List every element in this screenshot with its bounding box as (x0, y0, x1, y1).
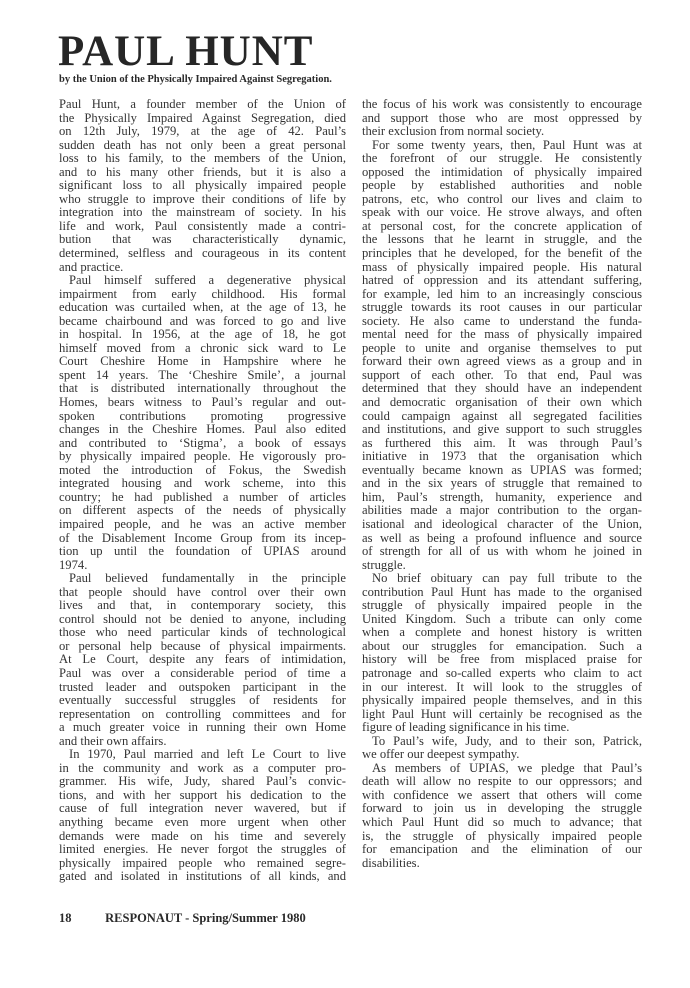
text-line: and in the six years of struggle that re… (362, 477, 642, 491)
text-line: the forefront of our struggle. He consis… (362, 152, 642, 166)
text-line: integration into the mainstream of socie… (59, 206, 346, 220)
text-line: integrated housing and work scheme, into… (59, 477, 346, 491)
text-line: at personal cost, for the concrete appli… (362, 220, 642, 234)
text-line: about our struggles for emancipation. Su… (362, 640, 642, 654)
text-line: Paul himself suffered a degenerative phy… (59, 274, 346, 288)
text-line: history will be free from misplaced prai… (362, 653, 642, 667)
text-line: forward their own agreed views as a grou… (362, 355, 642, 369)
text-line: contribution Paul Hunt has made to the o… (362, 586, 642, 600)
text-line: education was curtailed when, at the age… (59, 301, 346, 315)
text-line: sudden death has not only been a great p… (59, 139, 346, 153)
text-line: a much greater voice in running their ow… (59, 721, 346, 735)
text-line: and contributed to ‘Stigma’, a book of e… (59, 437, 346, 451)
text-line: we offer our deepest sympathy. (362, 748, 642, 762)
text-line: him, Paul’s strength, humanity, experien… (362, 491, 642, 505)
text-line: opposed the intimidation of physically i… (362, 166, 642, 180)
text-line: the Physically Impaired Against Segregat… (59, 112, 346, 126)
text-line: and practice. (59, 261, 346, 275)
text-line: became chairbound and was forced to go a… (59, 315, 346, 329)
text-line: when a complete and honest history is wr… (362, 626, 642, 640)
text-line: significant loss to all physically impai… (59, 179, 346, 193)
text-line: Homes, bears witness to Paul’s regular a… (59, 396, 346, 410)
text-line: hatred of oppression and its attendant s… (362, 274, 642, 288)
text-line: isational and ideological character of t… (362, 518, 642, 532)
text-line: eventually became known as UPIAS was for… (362, 464, 642, 478)
text-line: forward to join us in developing the str… (362, 802, 642, 816)
text-line: mass of physically impaired people. His … (362, 261, 642, 275)
text-line: control should not be denied to anyone, … (59, 613, 346, 627)
text-line: grammer. His wife, Judy, shared Paul’s c… (59, 775, 346, 789)
text-line: tions, and with her support his dedicati… (59, 789, 346, 803)
text-line: lives and that, in contemporary society,… (59, 599, 346, 613)
text-line: in the community and work as a computer … (59, 762, 346, 776)
text-line: that people should have control over the… (59, 586, 346, 600)
text-line: gated and isolated in institutions of al… (59, 870, 346, 884)
text-line: mental need for the mass of physically i… (362, 328, 642, 342)
text-line: Court Cheshire Home in Hampshire where h… (59, 355, 346, 369)
text-line: of the Disablement Income Group from its… (59, 532, 346, 546)
text-line: figure of leading significance in his ti… (362, 721, 642, 735)
text-line: For some twenty years, then, Paul Hunt w… (362, 139, 642, 153)
text-line: death will allow no respite to our oppre… (362, 775, 642, 789)
text-line: bution that was characteristically dynam… (59, 233, 346, 247)
text-line: or personal help because of physical imp… (59, 640, 346, 654)
text-line: patrons, etc, who control our lives and … (362, 193, 642, 207)
text-line: with confidence we assert that others wi… (362, 789, 642, 803)
right-column: the focus of his work was consistently t… (362, 98, 642, 870)
text-line: of strength for all of us with whom he j… (362, 545, 642, 559)
text-line: As members of UPIAS, we pledge that Paul… (362, 762, 642, 776)
text-line: that is distributed internationally thro… (59, 382, 346, 396)
text-line: limited energies. He never forgot the st… (59, 843, 346, 857)
text-line: in our interest. It will look to the str… (362, 681, 642, 695)
text-line: on different aspects of the needs of phy… (59, 504, 346, 518)
text-line: 1974. (59, 559, 346, 573)
text-line: abilities made a major contribution to t… (362, 504, 642, 518)
text-line: cause of full integration never wavered,… (59, 802, 346, 816)
text-line: physically impaired people themselves, a… (362, 694, 642, 708)
text-line: At Le Court, despite any fears of intimi… (59, 653, 346, 667)
text-line: who struggle to improve their conditions… (59, 193, 346, 207)
text-line: which Paul Hunt did so much to advance; … (362, 816, 642, 830)
text-line: struggle of physically impaired people i… (362, 599, 642, 613)
text-line: eventually successful struggles of resid… (59, 694, 346, 708)
text-line: and institutions, and give support to su… (362, 423, 642, 437)
text-line: struggle towards its root causes in our … (362, 301, 642, 315)
text-line: physically impaired people who remained … (59, 857, 346, 871)
text-line: society. He also came to understand the … (362, 315, 642, 329)
text-line: light Paul Hunt will certainly be recogn… (362, 708, 642, 722)
text-line: and democratic organisation of their own… (362, 396, 642, 410)
text-line: and to his many other friends, but it is… (59, 166, 346, 180)
text-line: and their own affairs. (59, 735, 346, 749)
text-line: principles that he developed, for the be… (362, 247, 642, 261)
text-line: for example, led him to an increasingly … (362, 288, 642, 302)
text-line: people by established authorities and no… (362, 179, 642, 193)
text-line: speak with our voice. He strove always, … (362, 206, 642, 220)
text-line: struggle. (362, 559, 642, 573)
text-line: No brief obituary can pay full tribute t… (362, 572, 642, 586)
text-line: as well as being a profound influence an… (362, 532, 642, 546)
text-line: United Kingdom. Such a tribute can only … (362, 613, 642, 627)
text-line: disabilities. (362, 857, 642, 871)
text-line: those who need particular kinds of techn… (59, 626, 346, 640)
text-line: tion up until the foundation of UPIAS ar… (59, 545, 346, 559)
text-line: impairment from early childhood. His for… (59, 288, 346, 302)
text-line: on 12th July, 1979, at the age of 42. Pa… (59, 125, 346, 139)
text-line: the focus of his work was consistently t… (362, 98, 642, 112)
text-line: patronage and so-called experts who clai… (362, 667, 642, 681)
page-number: 18 (59, 911, 102, 926)
text-line: could campaign against all segregated fa… (362, 410, 642, 424)
text-line: moted the introduction of Fokus, the Swe… (59, 464, 346, 478)
text-line: as furthered this aim. It was through Pa… (362, 437, 642, 451)
text-line: people to unite and organise themselves … (362, 342, 642, 356)
text-line: determined that they should have an inde… (362, 382, 642, 396)
text-line: Paul believed fundamentally in the princ… (59, 572, 346, 586)
article-title: PAUL HUNT (58, 28, 313, 76)
text-line: impaired people, and he was an active me… (59, 518, 346, 532)
text-line: changes in the Cheshire Homes. Paul also… (59, 423, 346, 437)
publication-name: RESPONAUT - Spring/Summer 1980 (105, 911, 306, 925)
text-line: life and work, Paul consistently made a … (59, 220, 346, 234)
text-line: representation on controlling committees… (59, 708, 346, 722)
text-line: for emancipation and the elimination of … (362, 843, 642, 857)
text-line: initiative in 1973 that the organisation… (362, 450, 642, 464)
article-byline: by the Union of the Physically Impaired … (59, 74, 332, 85)
text-line: Paul Hunt, a founder member of the Union… (59, 98, 346, 112)
text-line: is, the struggle of physically impaired … (362, 830, 642, 844)
text-line: loss to his family, to the members of th… (59, 152, 346, 166)
text-line: their exclusion from normal society. (362, 125, 642, 139)
text-line: spent 14 years. The ‘Cheshire Smile’, a … (59, 369, 346, 383)
text-line: support of each other. To that end, Paul… (362, 369, 642, 383)
text-line: himself moved from a chronic sick ward t… (59, 342, 346, 356)
text-line: anything became even more urgent when ot… (59, 816, 346, 830)
text-line: spoken contributions promoting progressi… (59, 410, 346, 424)
text-line: In 1970, Paul married and left Le Court … (59, 748, 346, 762)
left-column: Paul Hunt, a founder member of the Union… (59, 98, 346, 884)
text-line: trusted leader and outspoken participant… (59, 681, 346, 695)
page-footer: 18 RESPONAUT - Spring/Summer 1980 (59, 911, 306, 926)
text-line: by physically impaired people. He vigoro… (59, 450, 346, 464)
text-line: in hospital. In 1956, at the age of 18, … (59, 328, 346, 342)
text-line: To Paul’s wife, Judy, and to their son, … (362, 735, 642, 749)
text-line: Paul was over a considerable period of t… (59, 667, 346, 681)
text-line: demands were made on his time and severe… (59, 830, 346, 844)
text-line: the lessons that he learnt in struggle, … (362, 233, 642, 247)
text-line: and support those who are most oppressed… (362, 112, 642, 126)
text-line: determined, selfless and courageous in i… (59, 247, 346, 261)
text-line: country; he had published a number of ar… (59, 491, 346, 505)
